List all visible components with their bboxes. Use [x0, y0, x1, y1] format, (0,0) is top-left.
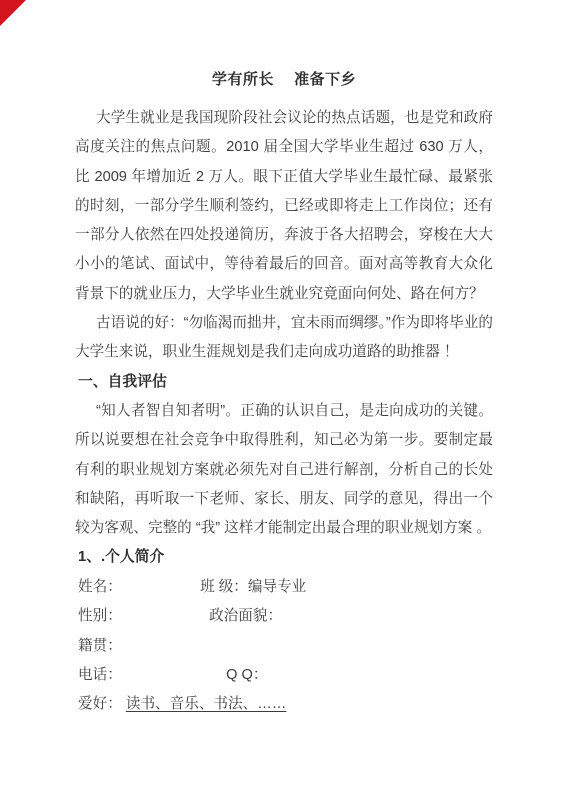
document-body: 学有所长 准备下乡 大学生就业是我国现阶段社会议论的热点话题，也是党和政府高度关…	[0, 69, 566, 720]
hobbies-label: 爱好：	[78, 690, 122, 719]
profile-fields: 姓名： 班 级：编导专业 性别： 政治面貌： 籍贯： 电话： Q Q： 爱好： …	[75, 573, 493, 720]
name-label: 姓名：	[78, 573, 196, 602]
birthplace-label: 籍贯：	[78, 632, 122, 661]
field-row-phone: 电话： Q Q：	[75, 661, 493, 690]
political-status-label: 政治面貌：	[209, 602, 282, 631]
document-page: 学有所长 准备下乡 大学生就业是我国现阶段社会议论的热点话题，也是党和政府高度关…	[0, 0, 566, 800]
heading-personal-profile: 1、.个人简介	[75, 543, 493, 572]
red-corner-flag-icon	[0, 0, 26, 26]
paragraph-intro: 大学生就业是我国现阶段社会议论的热点话题，也是党和政府高度关注的焦点问题。201…	[75, 104, 493, 309]
phone-label: 电话：	[78, 661, 222, 690]
hobbies-value: 读书、音乐、书法、……	[126, 690, 287, 719]
class-label: 班 级：编导专业	[200, 573, 306, 602]
document-title: 学有所长 准备下乡	[75, 69, 493, 91]
heading-self-assessment: 一、自我评估	[75, 368, 493, 397]
qq-label: Q Q：	[226, 661, 267, 690]
field-row-birthplace: 籍贯：	[75, 632, 493, 661]
paragraph-quote: 古语说的好：“勿临渴而拙井，宜未雨而绸缪。”作为即将毕业的大学生来说，职业生涯规…	[75, 309, 493, 368]
paragraph-self-assessment: “知人者智自知者明”。正确的认识自己，是走向成功的关键。所以说要想在社会竞争中取…	[75, 397, 493, 543]
field-row-name: 姓名： 班 级：编导专业	[75, 573, 493, 602]
gender-label: 性别：	[78, 602, 205, 631]
field-row-hobbies: 爱好： 读书、音乐、书法、……	[75, 690, 493, 719]
field-row-gender: 性别： 政治面貌：	[75, 602, 493, 631]
